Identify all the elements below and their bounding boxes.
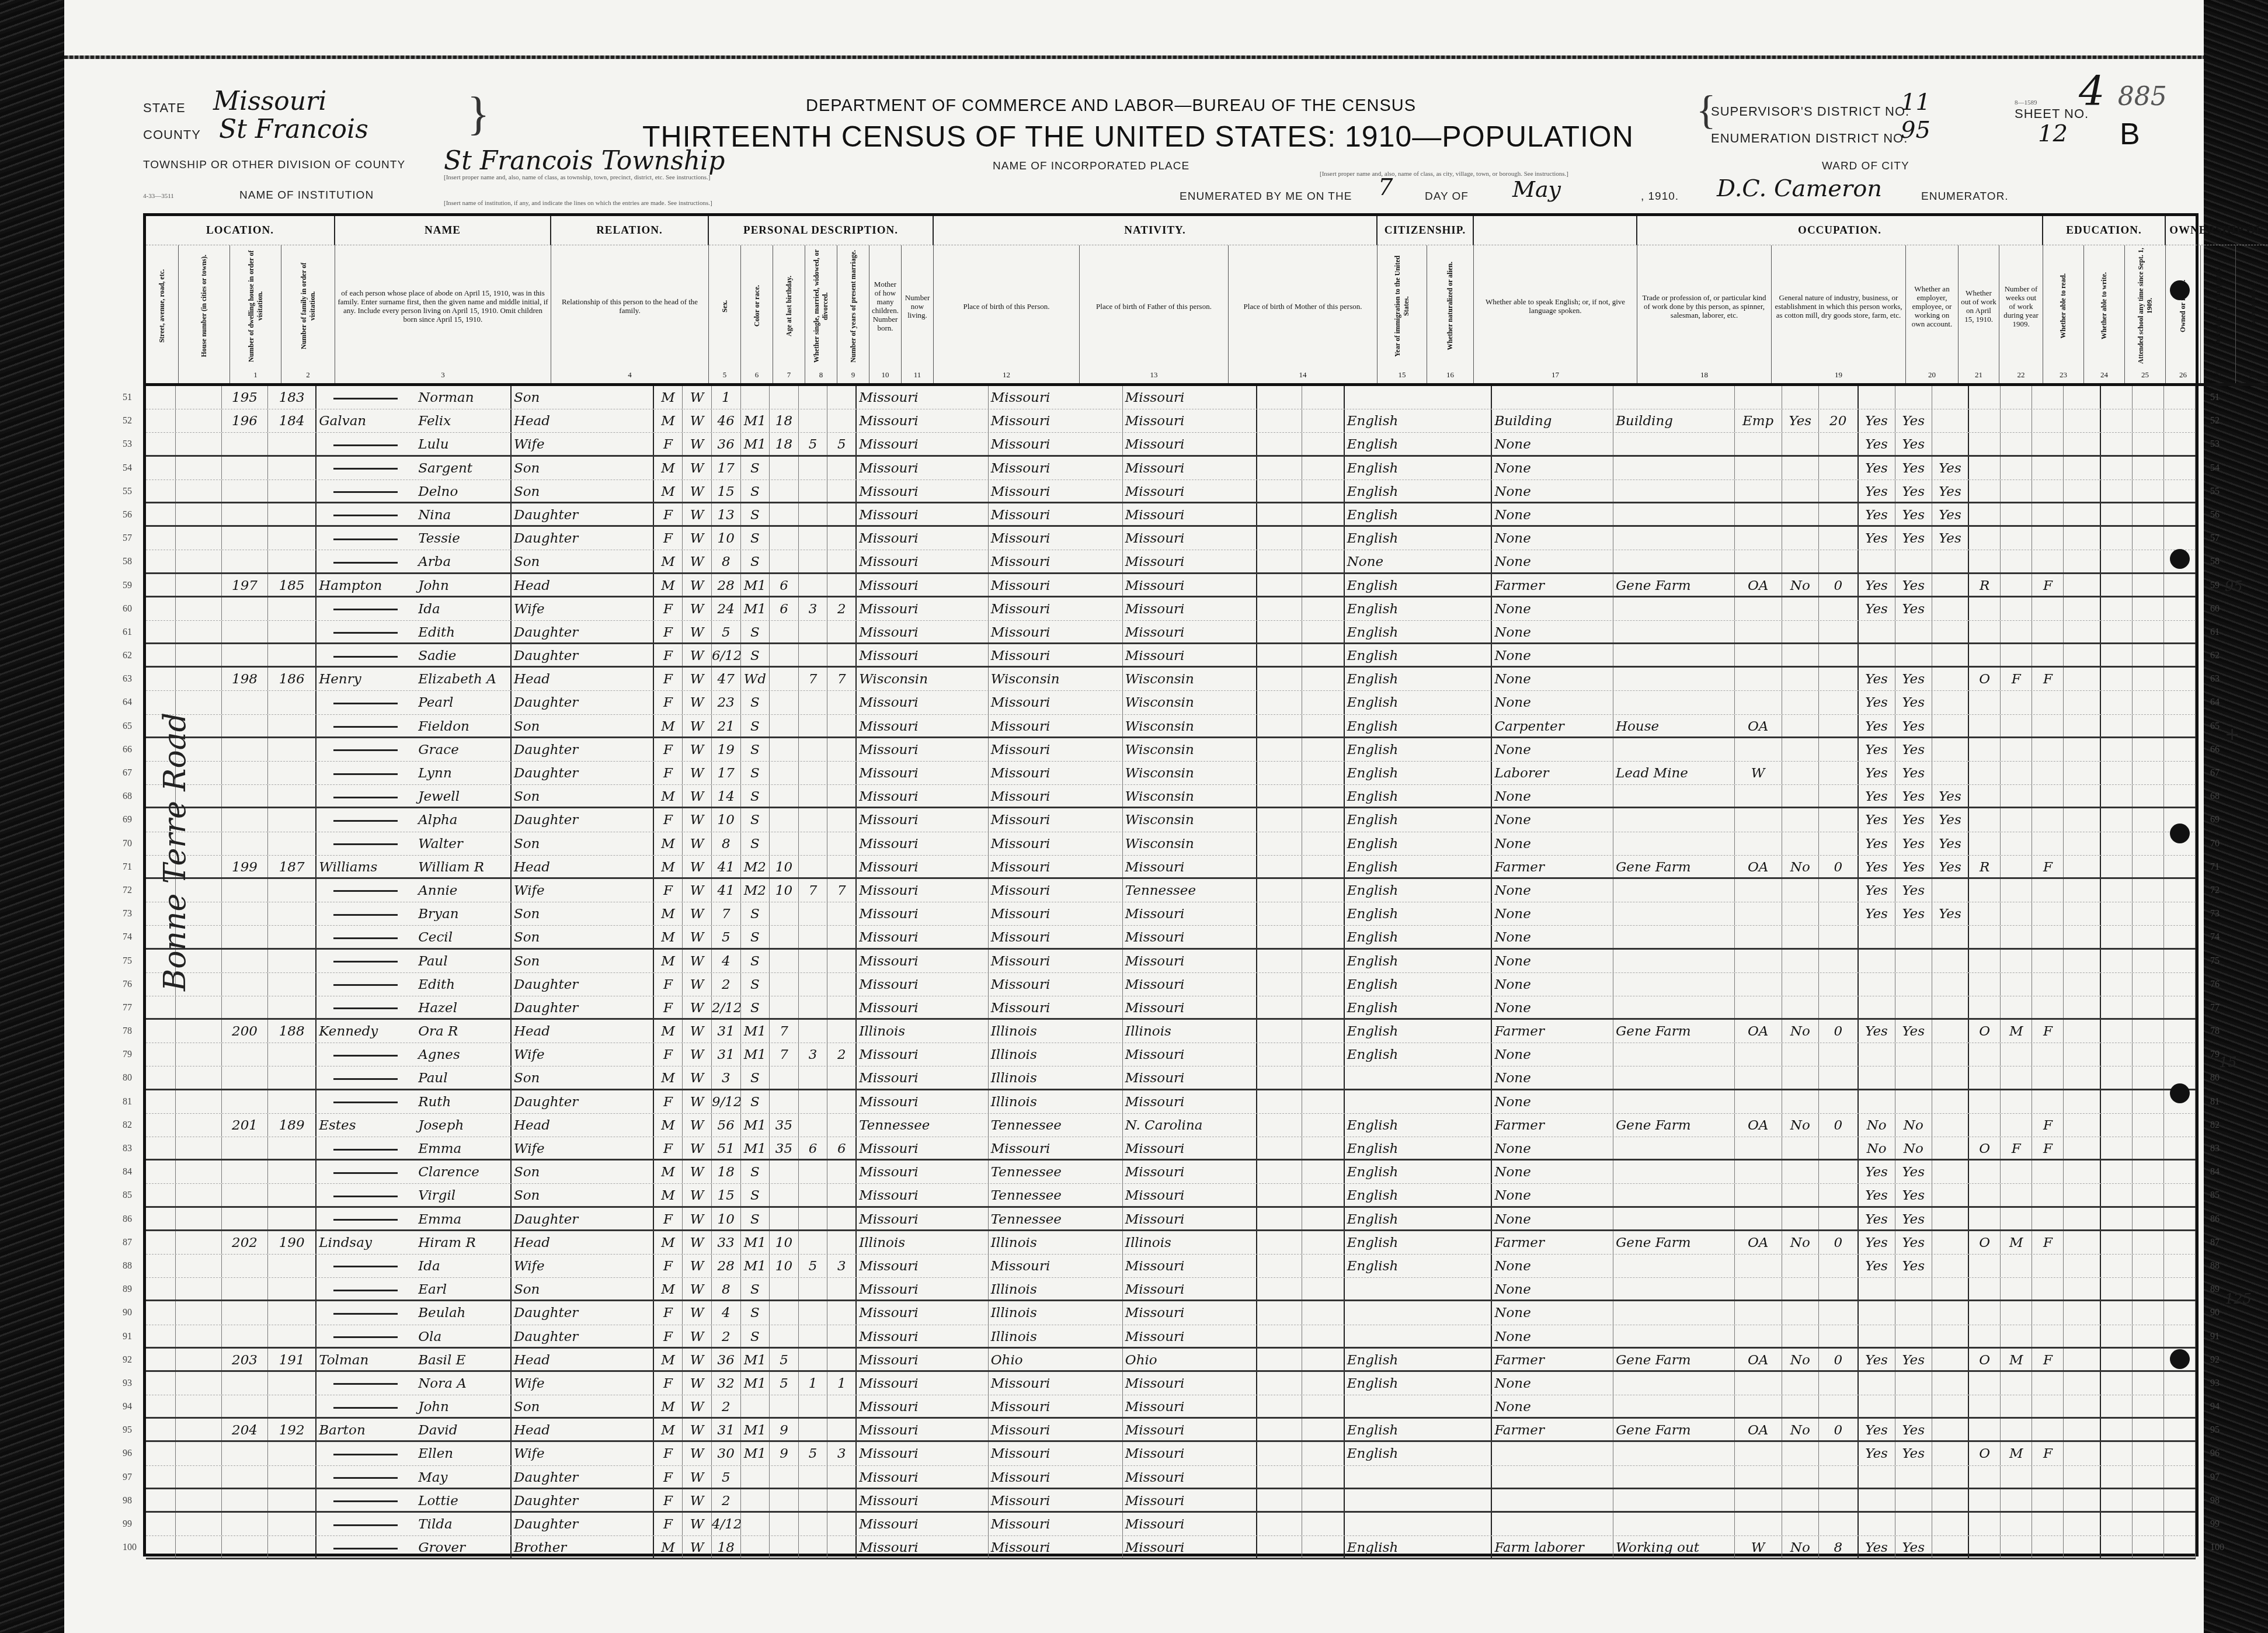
cell-age: 5 [712,1466,741,1488]
column-header: Mother of how many children. Number born… [869,245,902,367]
cell-born [799,1349,828,1370]
cell-pob: Missouri [857,973,989,996]
cell-pob: Missouri [857,1536,989,1558]
cell-weeks: 0 [1819,856,1859,877]
cell-race: W [683,1137,712,1159]
column-number: 10 [869,367,902,383]
cell-emp [1735,1090,1782,1113]
cell-read: Yes [1859,1442,1895,1465]
cell-emp [1735,879,1782,902]
cell-pob_mother: Missouri [1123,503,1257,525]
cell-own [1969,973,2001,996]
cell-living [827,1066,857,1088]
cell-age: 8 [712,1278,741,1300]
cell-born [799,621,828,642]
cell-own [1969,1372,2001,1395]
line-number-left: 79 [123,1043,132,1066]
cell-english: English [1345,715,1493,736]
cell-pob: Illinois [857,1020,989,1043]
cell-pob: Missouri [857,1372,989,1395]
cell-pob_father: Missouri [989,480,1123,502]
cell-house [176,1395,222,1417]
cell-immig [1257,738,1302,761]
cell-industry [1613,457,1735,480]
cell-own [1969,1513,2001,1535]
cell-trade [1492,1513,1613,1535]
cell-natur [1302,856,1345,877]
cell-outwork [1782,902,1819,925]
cell-living [827,926,857,947]
cell-farm [2032,1066,2064,1088]
line-number-right: 71 [2210,856,2220,879]
cell-family [268,973,316,996]
table-row: NinaDaughterFW13SMissouriMissouriMissour… [146,503,2196,527]
cell-dwelling [222,1372,268,1395]
department-heading: DEPARTMENT OF COMMERCE AND LABOR—BUREAU … [806,96,1416,116]
cell-read [1859,926,1895,947]
cell-sex: M [654,832,683,855]
cell-race: W [683,1349,712,1370]
cell-dwelling [222,503,268,525]
cell-english: English [1345,832,1493,855]
cell-read [1859,1325,1895,1347]
cell-free [2001,973,2032,996]
cell-trade: Laborer [1492,762,1613,784]
cell-free [2001,457,2032,480]
cell-pob_father: Missouri [989,1137,1123,1159]
name-cell: Agnes [316,1043,512,1066]
cell-family: 189 [268,1114,316,1137]
table-row: LottieDaughterFW2MissouriMissouriMissour… [146,1489,2196,1513]
cell-family: 184 [268,409,316,432]
group-header-personal: PERSONAL DESCRIPTION. [709,216,934,245]
cell-emp: W [1735,762,1782,784]
cell-house [176,1419,222,1440]
cell-school [1932,1231,1969,1254]
line-number-left: 87 [123,1231,132,1255]
cell-read [1859,1066,1895,1088]
column-header: Owned or rented. [2166,245,2201,367]
form-code: 4-33—3511 [143,193,174,200]
cell-years_married [770,1278,799,1300]
cell-street [146,1184,176,1205]
cell-living [827,1208,857,1229]
cell-trade: Farmer [1492,1114,1613,1137]
cell-natur [1302,1066,1345,1088]
cell-trade: None [1492,1161,1613,1183]
cell-pob: Missouri [857,832,989,855]
cell-blank [2101,1255,2133,1277]
cell-blank [2101,1489,2133,1511]
cell-born [799,1489,828,1511]
cell-blank [2133,832,2164,855]
cell-own [1969,996,2001,1018]
cell-weeks: 0 [1819,1231,1859,1254]
cell-pob: Missouri [857,457,989,480]
ditto-dash [333,1078,398,1080]
cell-pob_father: Missouri [989,550,1123,572]
cell-family [268,1066,316,1088]
cell-dwelling [222,785,268,807]
cell-write [1895,1043,1932,1066]
cell-family [268,597,316,620]
cell-read [1859,996,1895,1018]
column-header: Whether an employer, employee, or workin… [1906,245,1959,367]
cell-industry [1613,785,1735,807]
cell-street [146,1325,176,1347]
cell-pob_mother: Missouri [1123,597,1257,620]
cell-living [827,1161,857,1183]
cell-read [1859,1043,1895,1066]
township-label: TOWNSHIP OR OTHER DIVISION OF COUNTY [143,159,405,172]
cell-sex: F [654,1090,683,1113]
cell-trade: None [1492,1043,1613,1066]
line-number-left: 78 [123,1020,132,1043]
cell-outwork [1782,879,1819,902]
cell-immig [1257,1349,1302,1370]
cell-race: W [683,1114,712,1137]
cell-school: Yes [1932,832,1969,855]
cell-emp: OA [1735,715,1782,736]
cell-weeks [1819,1395,1859,1417]
cell-own: O [1969,668,2001,690]
cell-read: No [1859,1137,1895,1159]
cell-pob: Missouri [857,597,989,620]
cell-immig [1257,1114,1302,1137]
cell-living [827,1184,857,1205]
cell-trade: Farmer [1492,856,1613,877]
cell-race: W [683,926,712,947]
cell-blank [2164,386,2196,409]
given-name: Joseph [418,1118,464,1133]
given-name: Norman [418,390,474,405]
cell-years_married [770,691,799,714]
cell-trade: None [1492,902,1613,925]
cell-read: Yes [1859,480,1895,502]
cell-write: Yes [1895,480,1932,502]
cell-sex: F [654,1442,683,1465]
table-row: PaulSonMW4SMissouriMissouriMissouriEngli… [146,950,2196,973]
cell-natur [1302,574,1345,596]
cell-born [799,691,828,714]
cell-dwelling [222,527,268,550]
cell-trade [1492,386,1613,409]
cell-english [1345,1466,1493,1488]
cell-years_married [770,1066,799,1088]
cell-marital: S [741,691,770,714]
cell-outwork [1782,550,1819,572]
cell-trade: None [1492,1137,1613,1159]
cell-write: Yes [1895,738,1932,761]
cell-emp [1735,902,1782,925]
cell-born [799,1090,828,1113]
cell-years_married [770,1301,799,1324]
given-name: Virgil [418,1188,455,1203]
cell-outwork [1782,1184,1819,1205]
cell-blank [2164,644,2196,666]
given-name: John [418,578,449,593]
cell-read: Yes [1859,1536,1895,1558]
cell-industry [1613,1208,1735,1229]
cell-emp [1735,1066,1782,1088]
cell-natur [1302,808,1345,831]
table-row: FieldonSonMW21SMissouriMissouriWisconsin… [146,715,2196,738]
cell-years_married [770,621,799,642]
cell-write: Yes [1895,1349,1932,1370]
table-row: ClarenceSonMW18SMissouriTennesseeMissour… [146,1161,2196,1184]
cell-race: W [683,480,712,502]
cell-years_married: 5 [770,1349,799,1370]
table-row: JewellSonMW14SMissouriMissouriWisconsinE… [146,785,2196,808]
cell-living [827,621,857,642]
cell-free [2001,1208,2032,1229]
cell-relation: Head [512,668,654,690]
table-row: AlphaDaughterFW10SMissouriMissouriWiscon… [146,808,2196,832]
cell-years_married [770,1466,799,1488]
institution-note: [Insert name of institution, if any, and… [444,200,712,207]
line-number-left: 98 [123,1489,132,1513]
cell-living [827,1301,857,1324]
cell-industry [1613,1489,1735,1511]
cell-living [827,973,857,996]
cell-relation: Daughter [512,1208,654,1229]
line-number-left: 51 [123,386,132,409]
cell-blank [2164,926,2196,947]
given-name: Ida [418,1259,440,1274]
cell-read: Yes [1859,1184,1895,1205]
cell-pob: Missouri [857,1325,989,1347]
cell-outwork [1782,644,1819,666]
cell-pob_father: Missouri [989,1419,1123,1440]
line-number-left: 74 [123,926,132,949]
cell-write: Yes [1895,715,1932,736]
cell-immig [1257,1301,1302,1324]
ditto-dash [333,1336,398,1338]
cell-own [1969,902,2001,925]
given-name: Nina [418,508,451,523]
cell-outwork [1782,1090,1819,1113]
cell-pob_mother: Missouri [1123,1466,1257,1488]
surname: Barton [319,1419,418,1440]
column-number: 3 [335,367,551,383]
cell-family [268,762,316,784]
cell-blank [2133,926,2164,947]
cell-trade: None [1492,644,1613,666]
ditto-dash [333,562,398,564]
cell-living: 7 [827,879,857,902]
cell-school: Yes [1932,480,1969,502]
name-cell: Ida [316,1255,512,1277]
cell-sched [2064,902,2100,925]
cell-marital: M1 [741,1372,770,1395]
cell-sched [2064,1278,2100,1300]
cell-blank [2133,902,2164,925]
cell-living [827,457,857,480]
cell-marital [741,386,770,409]
line-number-right: 92 [2210,1349,2220,1372]
cell-sex: F [654,879,683,902]
cell-pob_mother: Wisconsin [1123,715,1257,736]
column-headers: Street, avenue, road, etc.House number (… [146,245,2268,367]
cell-relation: Son [512,480,654,502]
cell-industry: Gene Farm [1613,574,1735,596]
cell-natur [1302,1020,1345,1043]
cell-own [1969,457,2001,480]
cell-own: O [1969,1137,2001,1159]
cell-blank [2133,457,2164,480]
cell-natur [1302,926,1345,947]
cell-emp [1735,832,1782,855]
cell-born [799,1020,828,1043]
table-row: ArbaSonMW8SMissouriMissouriMissouriNoneN… [146,550,2196,574]
cell-born [799,644,828,666]
cell-sched [2064,1090,2100,1113]
cell-natur [1302,527,1345,550]
cell-living: 1 [827,1372,857,1395]
cell-farm [2032,1161,2064,1183]
cell-own [1969,1184,2001,1205]
table-row: EdithDaughterFW2SMissouriMissouriMissour… [146,973,2196,996]
cell-trade: Farmer [1492,1231,1613,1254]
cell-sex: M [654,480,683,502]
cell-race: W [683,621,712,642]
cell-house [176,644,222,666]
cell-blank [2164,527,2196,550]
cell-race: W [683,1066,712,1088]
cell-pob: Missouri [857,1255,989,1277]
cell-years_married [770,457,799,480]
cell-immig [1257,668,1302,690]
cell-sex: F [654,527,683,550]
cell-outwork [1782,668,1819,690]
table-row: DelnoSonMW15SMissouriMissouriMissouriEng… [146,480,2196,503]
cell-sex: M [654,926,683,947]
cell-pob: Missouri [857,808,989,831]
cell-natur [1302,597,1345,620]
cell-farm [2032,973,2064,996]
line-number-left: 96 [123,1442,132,1465]
cell-blank [2101,1137,2133,1159]
cell-immig [1257,1442,1302,1465]
cell-years_married [770,1208,799,1229]
cell-age: 31 [712,1043,741,1066]
cell-born [799,902,828,925]
cell-outwork [1782,386,1819,409]
cell-years_married [770,550,799,572]
cell-sched [2064,1020,2100,1043]
cell-blank [2164,1137,2196,1159]
cell-write [1895,950,1932,972]
cell-school [1932,879,1969,902]
cell-family [268,996,316,1018]
cell-farm [2032,1301,2064,1324]
given-name: David [418,1423,457,1438]
cell-natur [1302,762,1345,784]
cell-pob: Missouri [857,574,989,596]
cell-living [827,1419,857,1440]
cell-blank [2101,902,2133,925]
cell-relation: Brother [512,1536,654,1558]
column-number: 5 [709,367,741,383]
cell-free [2001,1301,2032,1324]
table-row: BryanSonMW7SMissouriMissouriMissouriEngl… [146,902,2196,926]
cell-relation: Wife [512,1137,654,1159]
cell-sched [2064,480,2100,502]
top-border [64,55,2204,59]
cell-school [1932,409,1969,432]
cell-sex: F [654,644,683,666]
cell-relation: Daughter [512,527,654,550]
cell-race: W [683,996,712,1018]
cell-read: Yes [1859,715,1895,736]
cell-natur [1302,550,1345,572]
cell-living [827,950,857,972]
cell-marital: S [741,644,770,666]
cell-natur [1302,1442,1345,1465]
cell-sched [2064,1066,2100,1088]
cell-sex: M [654,785,683,807]
cell-house [176,480,222,502]
cell-outwork [1782,926,1819,947]
cell-street [146,1020,176,1043]
table-row: TessieDaughterFW10SMissouriMissouriMisso… [146,527,2196,550]
cell-sex: M [654,902,683,925]
line-number-left: 58 [123,550,132,574]
ditto-dash [333,914,398,916]
cell-farm [2032,738,2064,761]
cell-living [827,1278,857,1300]
cell-own [1969,832,2001,855]
cell-pob_mother: Missouri [1123,1184,1257,1205]
cell-relation: Head [512,856,654,877]
line-number-right: 68 [2210,785,2220,808]
cell-street [146,1278,176,1300]
cell-relation: Daughter [512,1466,654,1488]
cell-pob_father: Missouri [989,879,1123,902]
cell-read: Yes [1859,691,1895,714]
line-number-right: 54 [2210,457,2220,480]
ditto-dash [333,632,398,634]
cell-industry: Gene Farm [1613,1231,1735,1254]
cell-blank [2164,856,2196,877]
cell-marital: S [741,1208,770,1229]
cell-age: 18 [712,1536,741,1558]
cell-english: English [1345,902,1493,925]
cell-natur [1302,1255,1345,1277]
column-number: 9 [837,367,869,383]
cell-english: None [1345,550,1493,572]
cell-immig [1257,1372,1302,1395]
cell-born [799,1466,828,1488]
cell-marital: M1 [741,1020,770,1043]
cell-family [268,808,316,831]
cell-farm [2032,1466,2064,1488]
ditto-dash [333,609,398,610]
cell-write: Yes [1895,832,1932,855]
cell-born [799,1395,828,1417]
cell-sched [2064,1466,2100,1488]
cell-free [2001,738,2032,761]
cell-family: 185 [268,574,316,596]
cell-trade: Farmer [1492,1349,1613,1370]
cell-free: M [2001,1020,2032,1043]
cell-dwelling [222,1536,268,1558]
cell-living [827,527,857,550]
cell-dwelling [222,1137,268,1159]
cell-born: 6 [799,1137,828,1159]
column-header: Age at last birthday. [773,245,805,367]
table-row: GraceDaughterFW19SMissouriMissouriWiscon… [146,738,2196,762]
